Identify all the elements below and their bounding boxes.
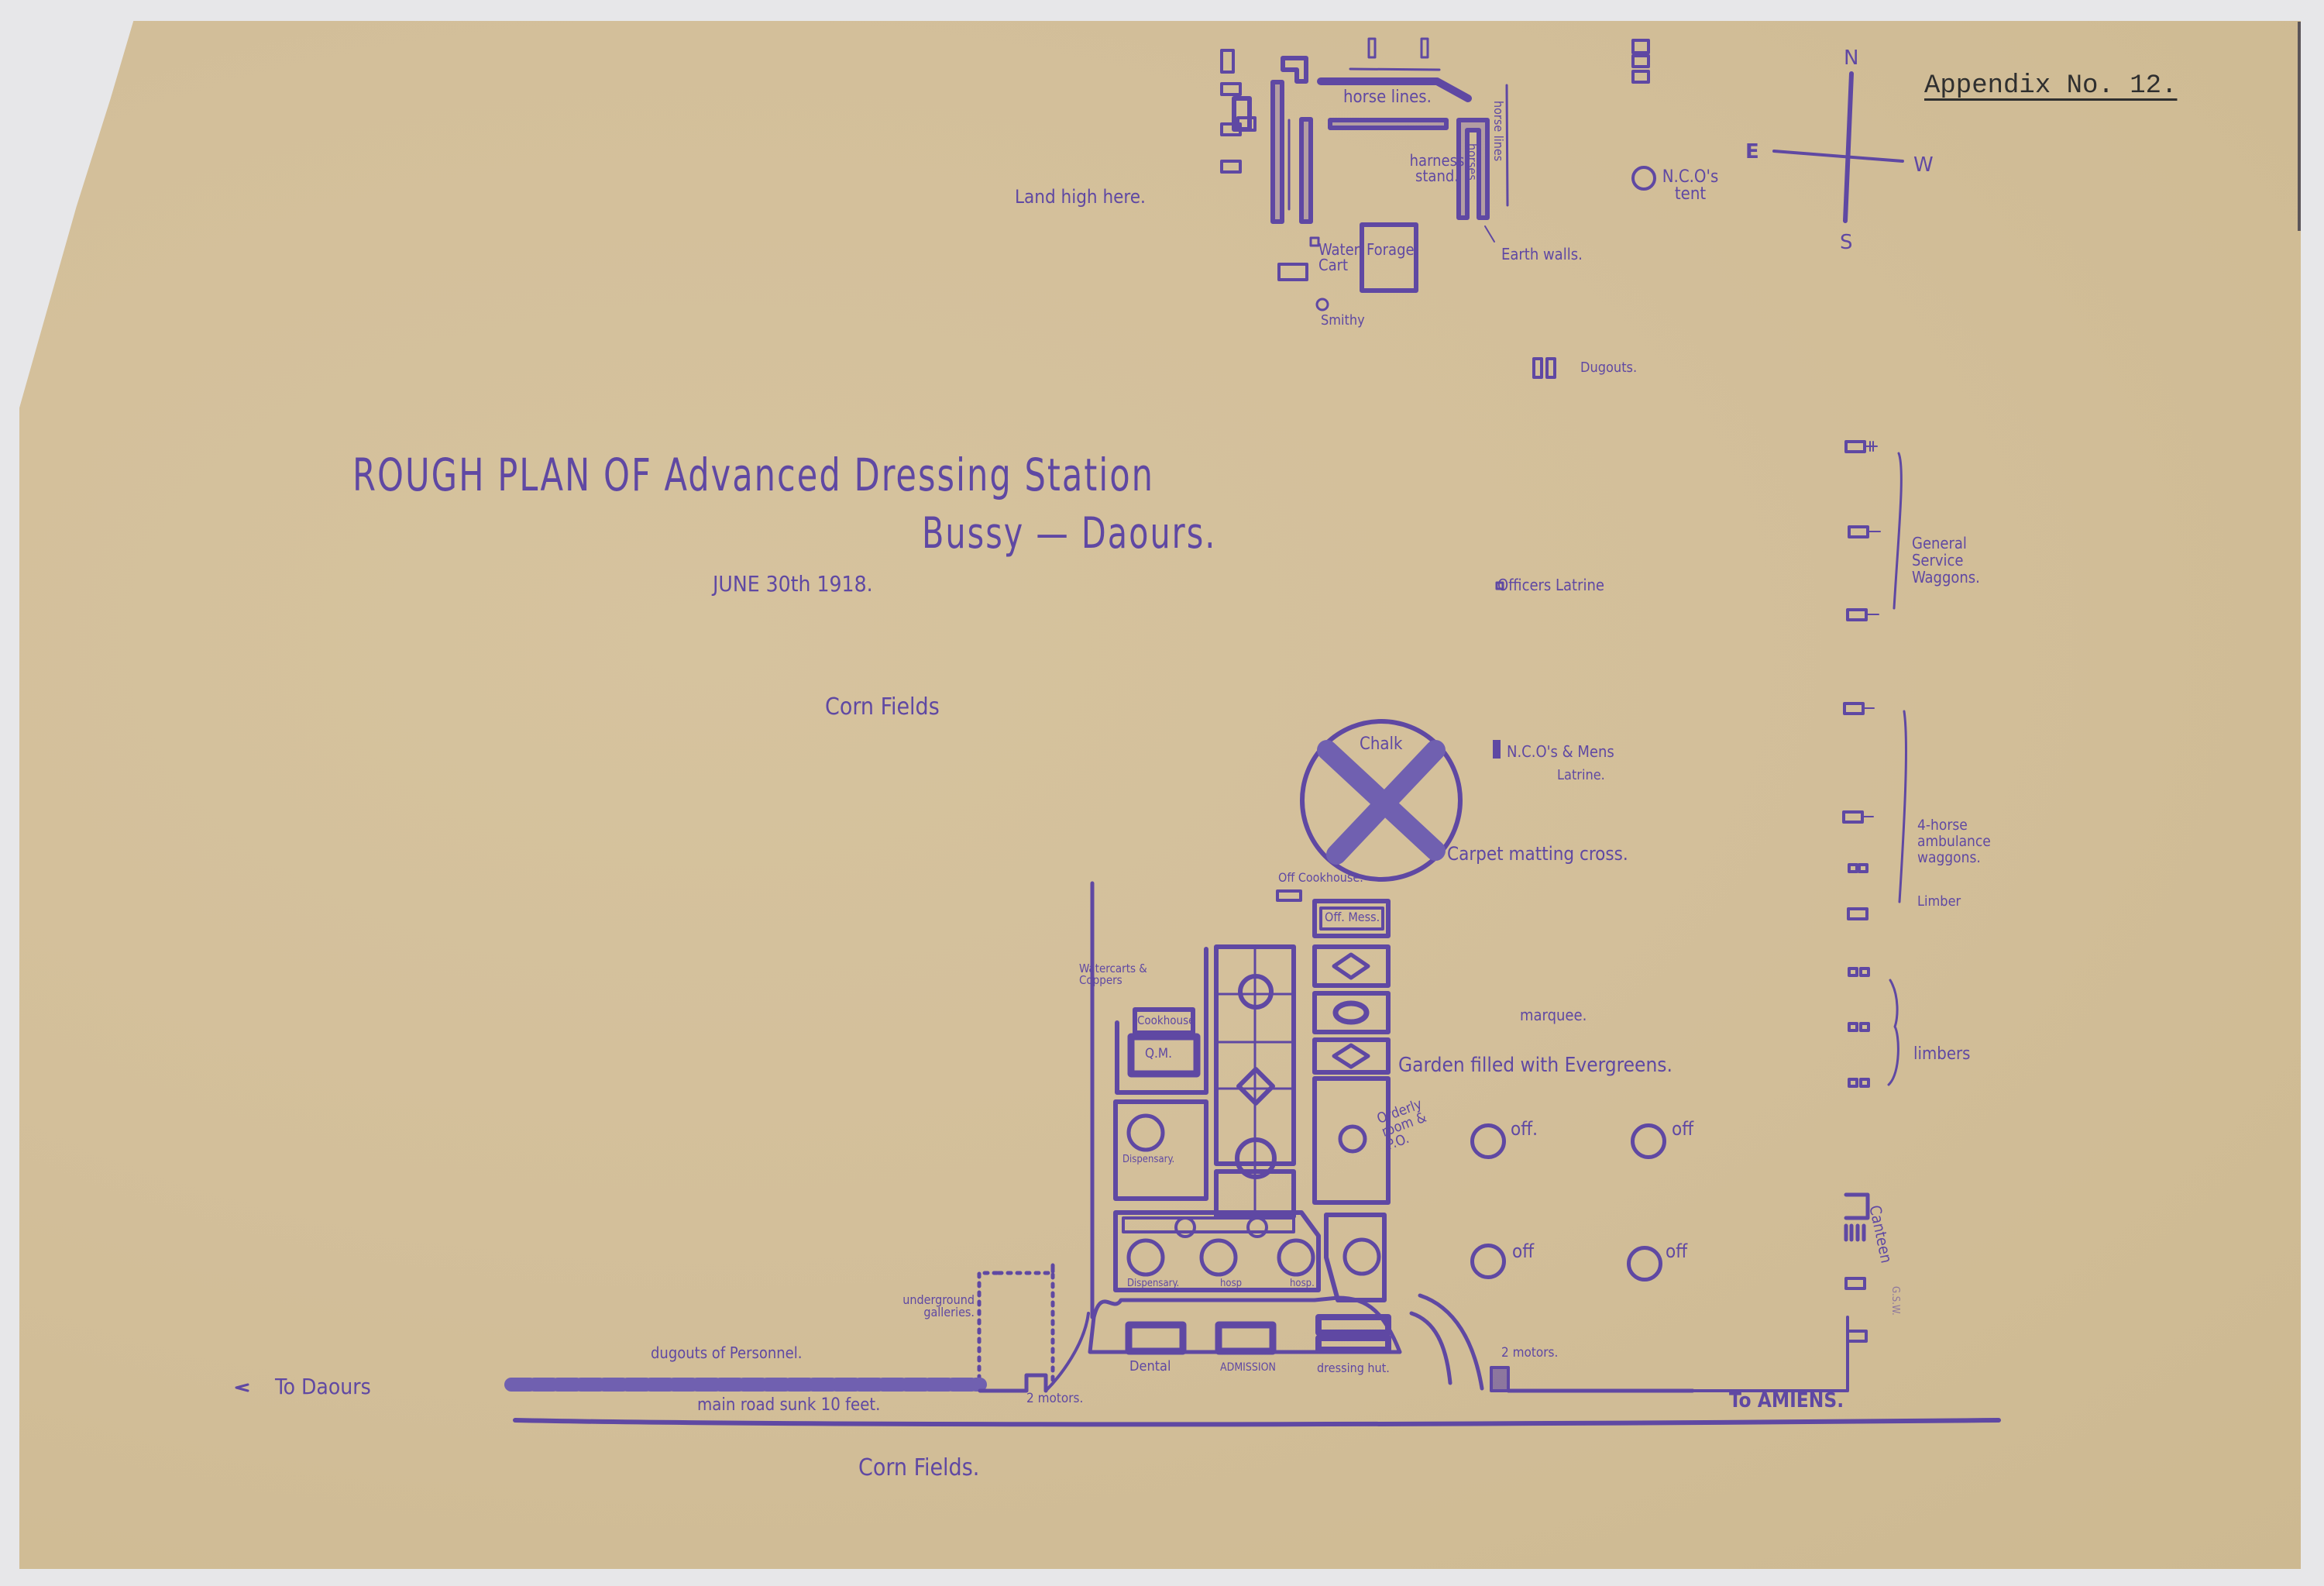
label-carpet-cross: Carpet matting cross. <box>1447 845 1628 863</box>
label-admission: ADMISSION <box>1220 1362 1276 1373</box>
label-dental: Dental <box>1129 1360 1171 1374</box>
label-dugouts: Dugouts. <box>1580 361 1637 375</box>
label-horse-lines: horse lines. <box>1343 89 1432 106</box>
label-forage: Forage. <box>1367 242 1418 257</box>
label-dispensary-tent: Dispensary. <box>1122 1154 1174 1165</box>
label-watercarts-coppers: Watercarts & Coppers <box>1079 963 1172 986</box>
label-dugouts-personnel: dugouts of Personnel. <box>651 1345 802 1361</box>
garden-beds <box>1216 947 1294 1216</box>
label-to-daours: To Daours <box>275 1376 371 1398</box>
label-two-motors-right: 2 motors. <box>1501 1347 1558 1360</box>
compass-west: W <box>1913 155 1934 175</box>
label-gsw: G.S.W. <box>1890 1286 1900 1316</box>
label-corn-fields-top: Corn Fields <box>825 696 940 719</box>
label-officers-latrine: Officers Latrine <box>1497 577 1604 593</box>
label-officer-tent-1: off. <box>1511 1120 1538 1138</box>
label-main-road: main road sunk 10 feet. <box>697 1397 880 1414</box>
officer-tent <box>1470 1123 1506 1159</box>
label-horse-lines-vertical: horse lines <box>1492 101 1504 161</box>
label-nco-mens-latrine: N.C.O's & Mens <box>1507 744 1614 759</box>
compass-north: N <box>1844 48 1858 68</box>
label-limbers: limbers <box>1913 1046 1970 1063</box>
plan-drawing <box>0 0 2324 1586</box>
label-off-mess: Off. Mess. <box>1325 911 1380 924</box>
compass-east: E <box>1745 142 1759 162</box>
label-gs-waggons: General Service Waggons. <box>1912 535 2013 586</box>
label-garden: Garden filled with Evergreens. <box>1398 1055 1673 1075</box>
plan-location: Bussy — Daours. <box>922 511 1216 554</box>
compass-south: S <box>1840 232 1853 253</box>
officer-tent <box>1627 1246 1662 1282</box>
appendix-number: Appendix No. 12. <box>1924 71 2177 101</box>
officer-tent <box>1631 1123 1666 1159</box>
label-land-high: Land high here. <box>1015 187 1146 206</box>
label-officer-tent-3: off <box>1512 1242 1534 1261</box>
label-chalk: Chalk <box>1360 736 1402 753</box>
label-dispensary: Dispensary. <box>1127 1278 1179 1288</box>
label-to-amiens: To AMIENS. <box>1729 1391 1844 1411</box>
label-earth-walls: Earth walls. <box>1501 246 1583 262</box>
plan-date: JUNE 30th 1918. <box>713 573 873 595</box>
label-cookhouse: Cookhouse <box>1137 1015 1195 1027</box>
label-corn-fields-bottom: Corn Fields. <box>858 1457 979 1480</box>
label-limber: Limber <box>1917 895 1961 909</box>
label-hosp-1: hosp <box>1220 1278 1242 1288</box>
plan-title: ROUGH PLAN OF Advanced Dressing Station <box>352 453 1154 498</box>
label-hosp-2: hosp. <box>1290 1278 1315 1288</box>
label-dressing-hut: dressing hut. <box>1317 1362 1390 1374</box>
label-off-cookhouse: Off Cookhouse. <box>1278 872 1363 884</box>
officer-tent <box>1470 1244 1506 1279</box>
label-two-motors-left: 2 motors. <box>1026 1392 1083 1405</box>
label-harness-stand: harness stand. <box>1402 153 1472 184</box>
label-horses: horses <box>1466 143 1478 181</box>
label-latrine: Latrine. <box>1557 769 1605 783</box>
label-nco-tent: N.C.O's tent <box>1659 169 1721 203</box>
label-smithy: Smithy <box>1321 314 1365 328</box>
horse-lines-diagram <box>1222 39 1655 589</box>
label-underground-galleries: underground galleries. <box>889 1294 975 1319</box>
label-marquee: marquee. <box>1520 1007 1587 1023</box>
label-officer-tent-4: off <box>1666 1242 1687 1261</box>
label-officer-tent-2: off <box>1672 1120 1693 1138</box>
label-ambulance-waggons: 4-horse ambulance waggons. <box>1917 817 2018 866</box>
label-water-cart: Water Cart <box>1318 242 1361 273</box>
compass-rose-icon <box>1774 74 1903 221</box>
label-qm: Q.M. <box>1145 1048 1172 1061</box>
